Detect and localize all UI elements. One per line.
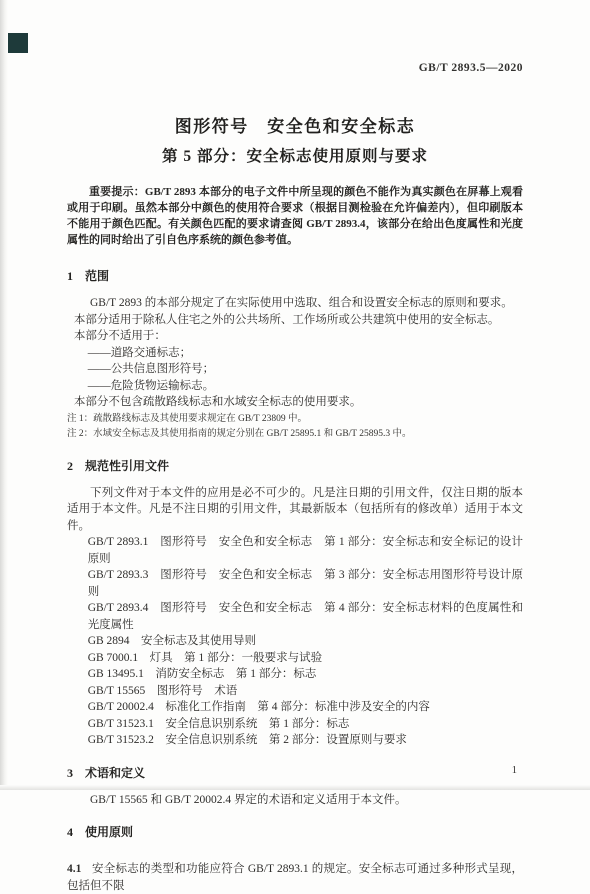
normative-reference: GB/T 2893.4 图形符号 安全色和安全标志 第 4 部分：安全标志材料的…	[67, 600, 523, 633]
note-1: 注 1：疏散路线标志及其使用要求规定在 GB/T 23809 中。	[67, 412, 523, 427]
standard-code: GB/T 2893.5—2020	[67, 62, 523, 74]
normative-reference: GB 13495.1 消防安全标志 第 1 部分：标志	[67, 666, 523, 683]
section-1-paragraph: GB/T 2893 的本部分规定了在实际使用中选取、组合和设置安全标志的原则和要…	[67, 295, 523, 312]
section-3-number: 3	[67, 766, 73, 780]
note-2: 注 2：水域安全标志及其使用指南的规定分别在 GB/T 25895.1 和 GB…	[67, 427, 523, 442]
section-1-paragraph: 本部分适用于除私人住宅之外的公共场所、工作场所或公共建筑中使用的安全标志。	[67, 312, 523, 329]
section-2-title: 规范性引用文件	[85, 459, 169, 473]
document-title-line1: 图形符号 安全色和安全标志	[67, 112, 523, 137]
scan-corner-mark	[8, 33, 28, 53]
section-2-intro: 下列文件对于本文件的应用是必不可少的。凡是注日期的引用文件，仅注日期的版本适用于…	[67, 485, 523, 535]
section-2-number: 2	[67, 459, 73, 473]
section-3-heading: 3术语和定义	[67, 764, 523, 781]
normative-reference: GB/T 2893.3 图形符号 安全色和安全标志 第 3 部分：安全标志用图形…	[67, 567, 523, 600]
normative-reference: GB/T 2893.1 图形符号 安全色和安全标志 第 1 部分：安全标志和安全…	[67, 534, 523, 567]
section-3-title: 术语和定义	[85, 766, 145, 780]
document-title-line2: 第 5 部分：安全标志使用原则与要求	[67, 144, 523, 166]
exclusion-list-item: ——危险货物运输标志。	[67, 378, 523, 395]
page-number: 1	[512, 765, 517, 776]
important-notice: 重要提示：GB/T 2893 本部分的电子文件中所呈现的颜色不能作为真实颜色在屏…	[67, 184, 523, 248]
normative-reference: GB/T 31523.2 安全信息识别系统 第 2 部分：设置原则与要求	[67, 732, 523, 749]
section-1-paragraph: 本部分不适用于：	[67, 328, 523, 345]
normative-reference: GB/T 15565 图形符号 术语	[67, 683, 523, 700]
section-1-paragraph: 本部分不包含疏散路线标志和水域安全标志的使用要求。	[67, 394, 523, 411]
scan-edge-left	[0, 0, 8, 790]
normative-reference: GB 7000.1 灯具 第 1 部分：一般要求与试验	[67, 650, 523, 667]
exclusion-list-item: ——公共信息图形符号；	[67, 361, 523, 378]
title-block: 图形符号 安全色和安全标志 第 5 部分：安全标志使用原则与要求	[67, 112, 523, 166]
section-1-title: 范围	[85, 269, 109, 283]
document-page: GB/T 2893.5—2020 图形符号 安全色和安全标志 第 5 部分：安全…	[67, 0, 523, 790]
normative-reference: GB/T 20002.4 标准化工作指南 第 4 部分：标准中涉及安全的内容	[67, 699, 523, 716]
section-2-heading: 2规范性引用文件	[67, 457, 523, 474]
section-1-number: 1	[67, 269, 73, 283]
section-1-heading: 1范围	[67, 267, 523, 284]
exclusion-list-item: ——道路交通标志；	[67, 345, 523, 362]
normative-reference: GB/T 31523.1 安全信息识别系统 第 1 部分：标志	[67, 716, 523, 733]
normative-reference: GB 2894 安全标志及其使用导则	[67, 633, 523, 650]
